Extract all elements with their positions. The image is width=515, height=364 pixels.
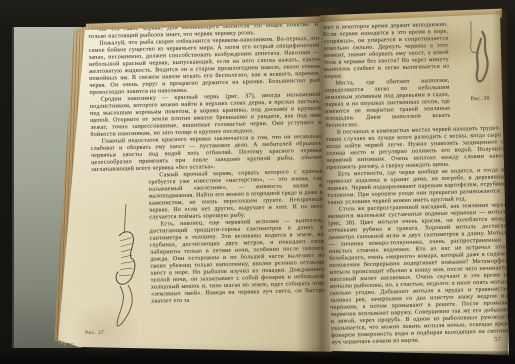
left-page: Но что такое червяк? Для начинающего люб… (55, 18, 337, 358)
left-page-paragraphs: Но что такое червяк? Для начинающего люб… (88, 22, 322, 174)
right-page-text-column: Рис. 38. жит и некоторое время держит не… (323, 20, 512, 345)
left-page-wrapped-paragraphs: Самый прочный червяк, сорвать которого с… (148, 169, 325, 306)
paragraph: Самый прочный червяк, сорвать которого с… (148, 169, 323, 222)
figure-37-caption: Рис. 37. (85, 330, 106, 336)
paragraph: Главный недостаток красного червяка закл… (91, 134, 323, 174)
paragraph: Сродни навознику — красный червь (рис. 3… (90, 92, 322, 139)
bottom-shadow (0, 351, 515, 364)
paragraph: В песчаных и каменистых местах червей на… (326, 125, 508, 172)
figure-37 (105, 202, 149, 336)
paragraph: Пожалуй, что рыба скорее соблазнится чер… (88, 36, 320, 97)
paragraph: Есть, наконец, еще червячий исполин — вы… (149, 218, 325, 306)
worm-on-hook-icon (105, 202, 149, 336)
right-page: Рис. 38. жит и некоторое время держит не… (313, 8, 515, 360)
photo-open-book: Но что такое червяк? Для начинающего люб… (0, 0, 515, 364)
paragraph: Есть местности, где черви вообще не водя… (327, 167, 509, 207)
right-page-edge-fold (492, 10, 508, 356)
paragraph: Столь же распространенной насадкой, как … (328, 202, 513, 345)
